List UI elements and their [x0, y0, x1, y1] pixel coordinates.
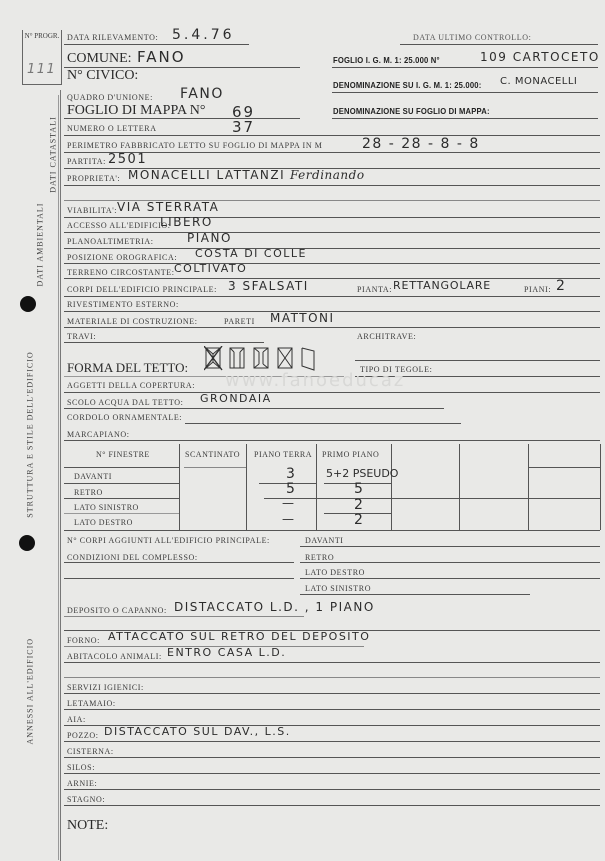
data-rilevamento-label: DATA RILEVAMENTO:: [67, 33, 158, 42]
posizione-label: POSIZIONE OROGRAFICA:: [67, 253, 177, 262]
proprieta-label: PROPRIETA':: [67, 174, 120, 183]
cordolo-line: [185, 423, 461, 424]
denom-igm-line: [332, 92, 598, 93]
viabilita-line: [64, 217, 600, 218]
note-label: NOTE:: [67, 818, 108, 834]
cell-lato-destro-primo-piano[interactable]: 2: [354, 512, 364, 528]
corpi-retro-label: RETRO: [305, 553, 334, 562]
comune-label: COMUNE:: [67, 51, 132, 67]
scolo-label: SCOLO ACQUA DAL TETTO:: [67, 398, 183, 407]
margin-rule: [60, 90, 61, 861]
cordolo-label: CORDOLO ORNAMENTALE:: [67, 413, 182, 422]
finestre-table: N° FINESTRE SCANTINATO PIANO TERRA PRIMO…: [64, 440, 600, 530]
silos-line: [64, 773, 600, 774]
travi-label: TRAVI:: [67, 332, 96, 341]
abitacolo-value[interactable]: ENTRO CASA L.D.: [167, 646, 286, 659]
cell-lato-destro-piano-terra[interactable]: —: [282, 512, 296, 526]
proprieta-value[interactable]: MONACELLI LATTANZI: [128, 168, 285, 182]
data-rilevamento-value[interactable]: 5.4.76: [172, 27, 235, 43]
data-ultimo-line: [400, 44, 598, 45]
posizione-line: [64, 263, 600, 264]
arnie-line: [64, 789, 600, 790]
deposito-line: [64, 616, 304, 617]
scolo-line: [64, 408, 444, 409]
partita-value[interactable]: 2501: [108, 152, 147, 167]
data-ultimo-controllo-label: DATA ULTIMO CONTROLLO:: [413, 33, 532, 42]
marcapiano-label: MARCAPIANO:: [67, 430, 130, 439]
perimetro-value[interactable]: 28 - 28 - 8 - 8: [362, 136, 480, 152]
comune-value[interactable]: FANO: [137, 48, 186, 66]
planaltimetria-line: [64, 248, 600, 249]
foglio-mappa-line: [64, 118, 300, 119]
corpi-retro-line: [300, 562, 600, 563]
corpi-line: [64, 296, 600, 297]
planaltimetria-value[interactable]: PIANO: [187, 231, 232, 245]
denom-mappa-line: [332, 118, 598, 119]
section-label-annessi: ANNESSI ALL'EDIFICIO: [26, 645, 35, 745]
perimetro-label: PERIMETRO FABBRICATO LETTO SU FOGLIO DI …: [67, 141, 323, 150]
travi-line: [64, 342, 264, 343]
aggetti-line: [64, 392, 600, 393]
denom-igm-label: DENOMINAZIONE SU I. G. M. 1: 25.000:: [333, 80, 481, 90]
pozzo-label: POZZO:: [67, 731, 99, 740]
posizione-value[interactable]: COSTA DI COLLE: [195, 247, 307, 260]
aggetti-label: AGGETTI DELLA COPERTURA:: [67, 381, 195, 390]
numero-value[interactable]: 37: [232, 118, 255, 136]
condizioni-label: CONDIZIONI DEL COMPLESSO:: [67, 553, 198, 562]
arnie-label: ARNIE:: [67, 779, 97, 788]
margin-rule-bold: [58, 95, 59, 860]
cell-lato-sinistro-primo-piano[interactable]: 2: [354, 497, 364, 513]
foglio-igm-line: [332, 67, 598, 68]
pianta-label: PIANTA:: [357, 285, 392, 294]
row-label-lato-sinistro: LATO SINISTRO: [74, 503, 139, 512]
watermark: www.fanoeducaz: [225, 370, 405, 391]
scolo-value[interactable]: GRONDAIA: [200, 392, 272, 405]
corpi-lato-sinistro-line: [300, 594, 530, 595]
aia-label: AIA:: [67, 715, 86, 724]
pozzo-value[interactable]: DISTACCATO SUL DAV., L.S.: [104, 725, 291, 738]
foglio-mappa-label: FOGLIO DI MAPPA N°: [67, 103, 206, 119]
partita-label: PARTITA:: [67, 157, 106, 166]
cell-lato-sinistro-piano-terra[interactable]: —: [282, 496, 296, 510]
forno-value[interactable]: ATTACCATO SUL RETRO DEL DEPOSITO: [108, 630, 370, 643]
punch-hole-bottom: [19, 535, 35, 551]
terreno-line: [64, 278, 600, 279]
pianta-value[interactable]: RETTANGOLARE: [393, 279, 491, 292]
silos-label: SILOS:: [67, 763, 95, 772]
cell-retro-piano-terra[interactable]: 5: [286, 481, 296, 497]
foglio-igm-value[interactable]: 109 CARTOCETO: [480, 50, 600, 64]
cell-davanti-primo-piano[interactable]: 5+2 PSEUDO: [326, 467, 398, 480]
accesso-value[interactable]: LIBERO: [160, 215, 213, 229]
numero-label: NUMERO o LETTERA: [67, 124, 157, 133]
punch-hole-top: [20, 296, 36, 312]
cell-davanti-piano-terra[interactable]: 3: [286, 466, 296, 482]
terreno-label: TERRENO CIRCOSTANTE:: [67, 268, 175, 277]
condizioni-line-2: [64, 578, 294, 579]
section-label-catastali: DATI CATASTALI: [49, 110, 58, 200]
forma-tetto-label: FORMA DEL TETTO:: [67, 360, 188, 376]
corpi-aggiunti-label: N° CORPI AGGIUNTI ALL'EDIFICIO PRINCIPAL…: [67, 536, 270, 545]
accesso-label: ACCESSO ALL'EDIFICIO:: [67, 221, 171, 230]
civico-label: N° CIVICO:: [67, 68, 138, 84]
numero-line: [64, 135, 600, 136]
terreno-value[interactable]: COLTIVATO: [174, 262, 247, 275]
prog-value: 111: [27, 62, 56, 77]
roof-half-hip-icon[interactable]: [254, 348, 268, 368]
pozzo-line: [64, 741, 600, 742]
corpi-lato-destro-label: LATO DESTRO: [305, 568, 365, 577]
abitacolo-label: ABITACOLO ANIMALI:: [67, 652, 162, 661]
prog-label: N° PROGR.: [23, 30, 61, 41]
quadro-value[interactable]: FANO: [180, 86, 224, 102]
materiale-label: MATERIALE DI COSTRUZIONE:: [67, 317, 198, 326]
piani-value[interactable]: 2: [556, 278, 566, 294]
architrave-label: ARCHITRAVE:: [357, 332, 416, 341]
piani-label: PIANI:: [524, 285, 551, 294]
row-label-retro: RETRO: [74, 488, 103, 497]
viabilita-label: VIABILITA':: [67, 206, 117, 215]
proprieta-line: [64, 185, 600, 186]
corpi-value[interactable]: 3 SFALSATI: [228, 279, 309, 293]
letamaio-label: LETAMAIO:: [67, 699, 116, 708]
foglio-igm-label: FOGLIO I. G. M. 1: 25.000 N°: [333, 55, 440, 65]
accesso-line: [64, 232, 600, 233]
quadro-label: QUADRO D'UNIONE:: [67, 93, 153, 102]
deposito-value[interactable]: DISTACCATO L.D. , 1 PIANO: [174, 600, 375, 614]
col-header-primo-piano: PRIMO PIANO: [322, 450, 379, 459]
corpi-davanti-label: DAVANTI: [305, 536, 344, 545]
roof-pyramid-icon[interactable]: [278, 348, 292, 368]
corpi-label: CORPI DELL'EDIFICIO PRINCIPALE:: [67, 285, 217, 294]
servizi-line: [64, 693, 600, 694]
row-label-lato-destro: LATO DESTRO: [74, 518, 133, 527]
stagno-line: [64, 805, 600, 806]
prog-box: N° PROGR. 111: [22, 30, 62, 85]
architrave-line: [355, 360, 600, 361]
roof-hip-icon-selected[interactable]: [204, 346, 222, 370]
materiale-sub-label: PARETI: [224, 317, 255, 326]
materiale-line: [64, 327, 600, 328]
annessi-blank-line: [64, 677, 600, 678]
forno-label: FORNO:: [67, 636, 100, 645]
servizi-label: SERVIZI IGIENICI:: [67, 683, 144, 692]
proprieta-value-script[interactable]: Ferdinando: [290, 168, 365, 182]
col-header-piano-terra: PIANO TERRA: [254, 450, 312, 459]
data-rilevamento-line: [64, 44, 249, 45]
cisterna-label: CISTERNA:: [67, 747, 114, 756]
corpi-lato-sinistro-label: LATO SINISTRO: [305, 584, 371, 593]
table-bottom-line: [64, 530, 600, 531]
denom-igm-value[interactable]: C. MONACELLI: [500, 76, 577, 87]
denom-mappa-label: DENOMINAZIONE SU FOGLIO DI MAPPA:: [333, 106, 490, 116]
col-header-finestre: N° FINESTRE: [96, 450, 150, 459]
letamaio-line: [64, 709, 600, 710]
roof-shed-icon[interactable]: [302, 348, 314, 370]
viabilita-value[interactable]: VIA STERRATA: [117, 200, 219, 214]
row-label-davanti: DAVANTI: [74, 472, 112, 481]
condizioni-line: [64, 562, 294, 563]
corpi-lato-destro-line: [300, 578, 600, 579]
rivestimento-label: RIVESTIMENTO ESTERNO:: [67, 300, 179, 309]
roof-gable-icon[interactable]: [230, 348, 244, 368]
roof-shape-options[interactable]: [204, 346, 324, 372]
corpi-davanti-line: [300, 546, 600, 547]
planaltimetria-label: PLANOALTIMETRIA:: [67, 237, 154, 246]
abitacolo-line: [64, 662, 600, 663]
cisterna-line: [64, 757, 600, 758]
section-label-ambientali: DATI AMBIENTALI: [36, 195, 45, 295]
materiale-value[interactable]: MATTONI: [270, 311, 335, 325]
section-label-struttura: STRUTTURA E STILE DELL'EDIFICIO: [26, 350, 35, 520]
cell-retro-primo-piano[interactable]: 5: [354, 481, 364, 497]
col-header-scantinato: SCANTINATO: [185, 450, 240, 459]
deposito-label: DEPOSITO o CAPANNO:: [67, 606, 167, 615]
stagno-label: STAGNO:: [67, 795, 105, 804]
